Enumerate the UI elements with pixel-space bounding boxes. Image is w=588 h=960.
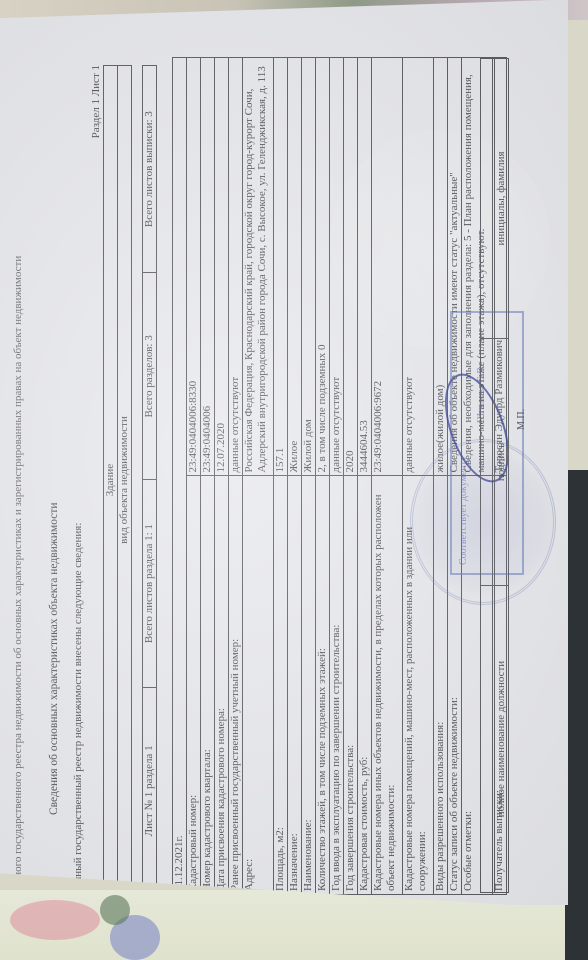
field-label: Назначение: [288,476,302,895]
field-value: 2020 [344,58,358,477]
field-value: 23:49:0404006 [201,58,215,477]
field-label: Адрес: [243,476,274,895]
stamp-name: Шпакова Е.В. [476,364,487,423]
field-label: Год ввода в эксплуатацию по завершении с… [330,476,344,895]
total-sheets-section: Всего листов раздела 1: 1 [143,480,157,687]
field-value: 23:49:0404006:9672 [372,58,403,477]
field-label: Кадастровая стоимость, руб: [358,476,372,895]
field-value: Жилой дом [302,58,316,477]
field-label: Статус записи об объекте недвижимости: [448,476,462,895]
field-label: Получатель выписки: [493,476,507,895]
stamp-text: Соответствует документу [458,456,469,565]
field-value: данные отсутствуют [330,58,344,477]
position-caption: полное наименование должности [495,586,509,893]
field-label: Кадастровые номера помещений, машино-мес… [403,476,434,895]
field-label: Номер кадастрового квартала: [201,476,215,895]
handwritten-signature [432,365,522,491]
document-header: …единого государственного реестра недвиж… [12,256,24,905]
total-sheets-extract: Всего листов выписки: 3 [143,66,157,273]
field-value: 3444604.53 [358,58,372,477]
object-type-table: Здание вид объекта недвижимости [103,65,132,895]
field-value: Сведения об объекте недвижимости имеют с… [448,58,462,477]
field-value: Торосян Эдуард Размикович [493,58,507,477]
egrn-extract: …единого государственного реестра недвиж… [10,5,550,905]
document-paper: …единого государственного реестра недвиж… [0,0,568,905]
official-seal [410,439,556,605]
field-label: Наименование: [302,476,316,895]
watermark [330,130,550,350]
section-sheet-label: Раздел 1 Лист 1 [90,65,102,138]
field-label: Виды разрешенного использования: [434,476,448,895]
field-label: Ранее присвоенный государственный учетны… [229,476,243,895]
field-value: 157.1 [274,58,288,477]
field-label: Кадастровые номера иных объектов недвижи… [372,476,403,895]
certification-stamp: Соответствует документу Шпакова Е.В. [450,311,524,575]
signature-caption: подпись [495,339,509,586]
field-value: жилое(жилой дом) [434,58,448,477]
field-label: Год завершения строительства: [344,476,358,895]
field-label: Площадь, м2: [274,476,288,895]
object-type-value: Здание [104,66,118,895]
background-dark-cloth [565,470,588,960]
extract-date: 21.12.2021г. [173,58,187,895]
mp-label: М.П. [516,409,527,430]
sheet-number: Лист № 1 раздела 1 [143,687,157,894]
field-value: Российская Федерация, Краснодарский край… [243,58,274,477]
total-sections: Всего разделов: 3 [143,273,157,480]
characteristics-table: 21.12.2021г. Кадастровый номер:23:49:040… [172,57,507,895]
field-label: Особые отметки: [462,476,493,895]
field-label: Дата присвоения кадастрового номера: [215,476,229,895]
field-label: Количество этажей, в том числе подземных… [316,476,330,895]
flower-pink [10,900,100,940]
sheet-info-table: Лист № 1 раздела 1 Всего листов раздела … [142,65,157,895]
field-value: данные отсутствуют [229,58,243,477]
field-value: 23:49:0404006:8330 [187,58,201,477]
name-caption: инициалы, фамилия [495,59,509,339]
field-value: Жилое [288,58,302,477]
leaf [100,895,130,925]
field-value: 2, в том числе подземных 0 [316,58,330,477]
intro-text: В Единый государственный реестр недвижим… [72,523,84,905]
object-type-caption: вид объекта недвижимости [118,66,132,895]
section-title: Сведения об основных характеристиках объ… [48,502,60,815]
field-value: 12.07.2020 [215,58,229,477]
signature-table: полное наименование должности подпись ин… [480,58,509,893]
field-value: данные отсутствуют [403,58,434,477]
field-value: Сведения, необходимые для заполнения раз… [462,58,493,477]
field-label: Кадастровый номер: [187,476,201,895]
